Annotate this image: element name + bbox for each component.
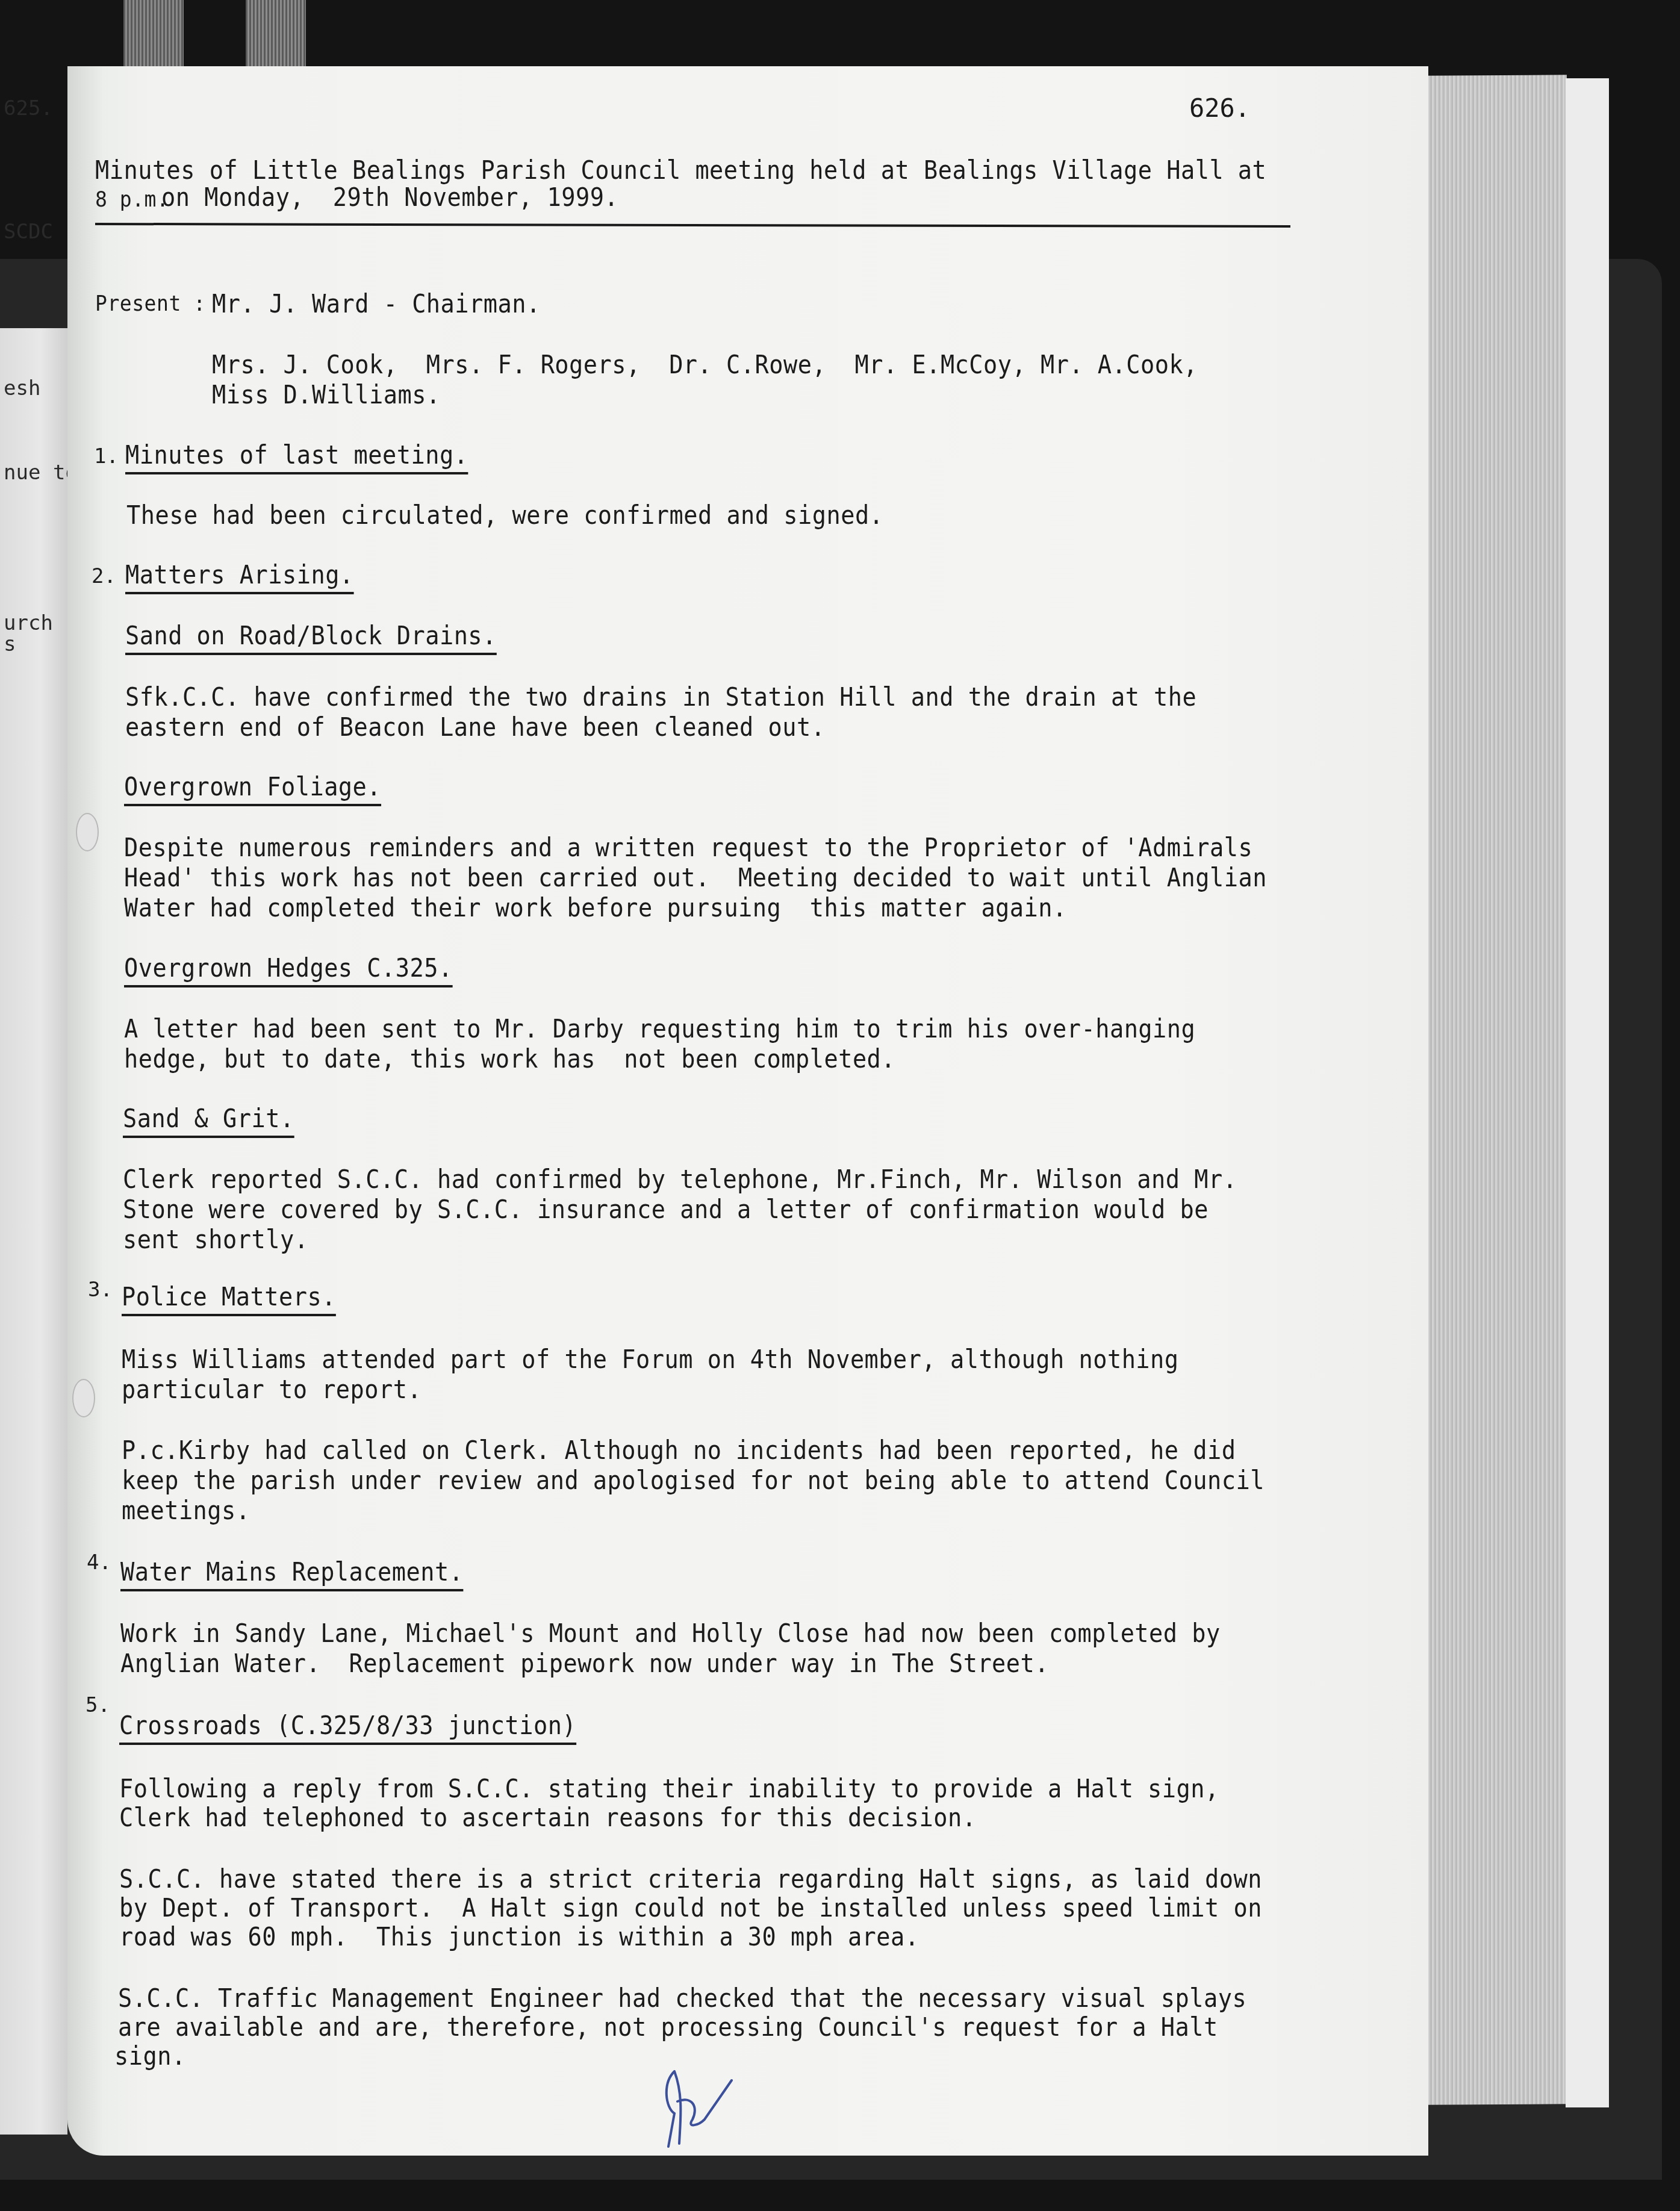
signature-initials-icon (650, 2059, 735, 2150)
paragraph-line: Anglian Water. Replacement pipework now … (120, 1651, 1049, 1676)
paragraph-line: road was 60 mph. This junction is within… (119, 1924, 919, 1950)
paragraph-line: Stone were covered by S.C.C. insurance a… (123, 1197, 1209, 1222)
section-heading: Matters Arising. (125, 562, 354, 588)
previous-page-edge: 625. SCDC esh nue to urch s (0, 328, 67, 2135)
subsection-heading: Sand & Grit. (123, 1106, 294, 1131)
back-sheet (1566, 78, 1609, 2107)
paragraph-line: meetings. (122, 1498, 250, 1523)
previous-page-fragment: SCDC (4, 220, 53, 244)
paragraph-line: These had been circulated, were confirme… (126, 503, 883, 528)
paragraph-line: S.C.C. have stated there is a strict cri… (119, 1867, 1262, 1892)
page-number: 626. (1189, 93, 1250, 123)
previous-page-fragment: urch (4, 611, 53, 635)
punch-hole (76, 813, 99, 851)
paragraph-line: eastern end of Beacon Lane have been cle… (125, 715, 825, 740)
punch-hole (72, 1379, 95, 1417)
paragraph-line: sent shortly. (123, 1227, 308, 1252)
section-number: 4. (87, 1550, 111, 1575)
section-heading: Crossroads (C.325/8/33 junction) (119, 1713, 576, 1738)
section-heading: Minutes of last meeting. (125, 443, 468, 468)
previous-page-fragment: esh (4, 376, 40, 400)
section-number: 2. (92, 564, 116, 588)
paragraph-line: Despite numerous reminders and a written… (124, 835, 1252, 860)
previous-page-fragment: s (4, 632, 16, 656)
paragraph-line: Miss Williams attended part of the Forum… (122, 1347, 1179, 1372)
section-number: 5. (86, 1693, 110, 1717)
minutes-title: Minutes of Little Bealings Parish Counci… (95, 158, 1266, 183)
paragraph-line: Clerk reported S.C.C. had confirmed by t… (123, 1167, 1237, 1192)
subsection-heading: Overgrown Hedges C.325. (124, 956, 453, 981)
paragraph-line: sign. (114, 2044, 186, 2069)
paragraph-line: A letter had been sent to Mr. Darby requ… (124, 1016, 1195, 1042)
present-members: Miss D.Williams. (212, 382, 441, 408)
paragraph-line: S.C.C. Traffic Management Engineer had c… (118, 1986, 1246, 2011)
present-label: Present : (95, 293, 206, 315)
section-number: 1. (94, 444, 119, 468)
present-chair: Mr. J. Ward - Chairman. (212, 291, 541, 317)
meeting-date: on Monday, 29th November, 1999. (161, 185, 618, 210)
paragraph-line: P.c.Kirby had called on Clerk. Although … (122, 1438, 1236, 1463)
present-members: Mrs. J. Cook, Mrs. F. Rogers, Dr. C.Rowe… (212, 352, 1198, 378)
paragraph-line: Sfk.C.C. have confirmed the two drains i… (125, 685, 1196, 710)
paragraph-line: hedge, but to date, this work has not be… (124, 1046, 895, 1072)
section-heading: Police Matters. (122, 1284, 336, 1310)
paragraph-line: Work in Sandy Lane, Michael's Mount and … (120, 1621, 1221, 1646)
paragraph-line: particular to report. (122, 1377, 422, 1402)
paragraph-line: Clerk had telephoned to ascertain reason… (119, 1805, 976, 1830)
meeting-time: 8 p.m. (95, 189, 169, 211)
paragraph-line: Water had completed their work before pu… (124, 895, 1067, 921)
page-stack-edge (1422, 75, 1567, 2104)
paragraph-line: Head' this work has not been carried out… (124, 865, 1267, 891)
paragraph-line: Following a reply from S.C.C. stating th… (119, 1776, 1219, 1802)
previous-page-number: 625. (4, 96, 53, 120)
section-number: 3. (88, 1278, 113, 1302)
paragraph-line: keep the parish under review and apologi… (122, 1468, 1265, 1493)
previous-page-fragment: nue to (4, 461, 78, 485)
section-heading: Water Mains Replacement. (120, 1560, 463, 1585)
subsection-heading: Sand on Road/Block Drains. (125, 623, 497, 648)
subsection-heading: Overgrown Foliage. (124, 774, 381, 800)
paragraph-line: by Dept. of Transport. A Halt sign could… (119, 1895, 1262, 1921)
paragraph-line: are available and are, therefore, not pr… (118, 2015, 1218, 2040)
